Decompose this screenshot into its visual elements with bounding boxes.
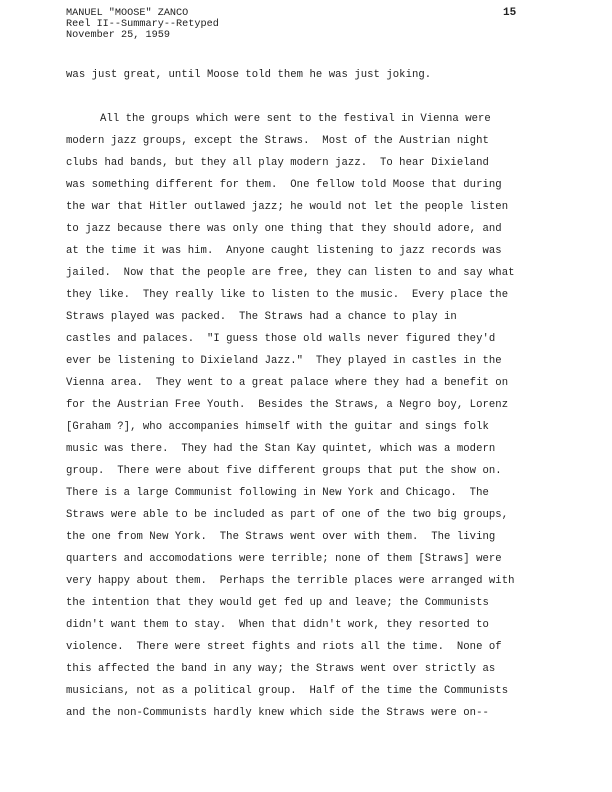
text-line: [Graham ?], who accompanies himself with… — [66, 416, 566, 438]
text-line: group. There were about five different g… — [66, 460, 566, 482]
text-line: for the Austrian Free Youth. Besides the… — [66, 394, 566, 416]
text-line: the intention that they would get fed up… — [66, 592, 566, 614]
text-line: castles and palaces. "I guess those old … — [66, 328, 566, 350]
text-line: was something different for them. One fe… — [66, 174, 566, 196]
text-line: Straws played was packed. The Straws had… — [66, 306, 566, 328]
text-line: jailed. Now that the people are free, th… — [66, 262, 566, 284]
text-line: quarters and accomodations were terrible… — [66, 548, 566, 570]
text-line: and the non-Communists hardly knew which… — [66, 702, 566, 724]
header-interviewee-name: MANUEL "MOOSE" ZANCO — [66, 8, 219, 19]
text-line: was just great, until Moose told them he… — [66, 64, 566, 86]
text-line: modern jazz groups, except the Straws. M… — [66, 130, 566, 152]
text-line: music was there. They had the Stan Kay q… — [66, 438, 566, 460]
page-number: 15 — [503, 7, 516, 19]
header-date: November 25, 1959 — [66, 30, 219, 41]
text-line: very happy about them. Perhaps the terri… — [66, 570, 566, 592]
text-line: musicians, not as a political group. Hal… — [66, 680, 566, 702]
text-line: clubs had bands, but they all play moder… — [66, 152, 566, 174]
text-line: All the groups which were sent to the fe… — [66, 108, 566, 130]
text-line: the one from New York. The Straws went o… — [66, 526, 566, 548]
text-line: violence. There were street fights and r… — [66, 636, 566, 658]
text-line: Straws were able to be included as part … — [66, 504, 566, 526]
text-line: Vienna area. They went to a great palace… — [66, 372, 566, 394]
text-line: they like. They really like to listen to… — [66, 284, 566, 306]
text-line: the war that Hitler outlawed jazz; he wo… — [66, 196, 566, 218]
blank-line — [66, 86, 566, 108]
text-line: ever be listening to Dixieland Jazz." Th… — [66, 350, 566, 372]
text-line: didn't want them to stay. When that didn… — [66, 614, 566, 636]
transcript-body: was just great, until Moose told them he… — [66, 64, 566, 724]
document-header: MANUEL "MOOSE" ZANCO Reel II--Summary--R… — [66, 8, 219, 41]
header-reel-info: Reel II--Summary--Retyped — [66, 19, 219, 30]
text-line: at the time it was him. Anyone caught li… — [66, 240, 566, 262]
text-line: to jazz because there was only one thing… — [66, 218, 566, 240]
text-line: this affected the band in any way; the S… — [66, 658, 566, 680]
text-line: There is a large Communist following in … — [66, 482, 566, 504]
